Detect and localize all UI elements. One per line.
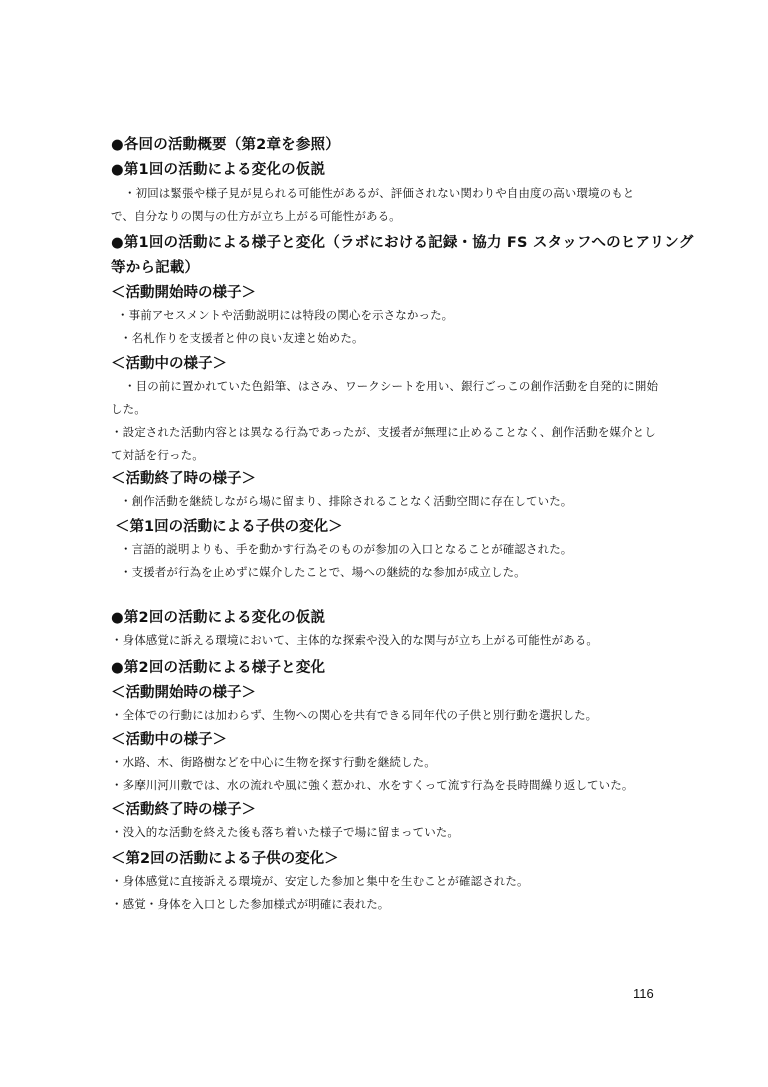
body-text-line: ・水路、木、街路樹などを中心に生物を探す行動を継続した。 xyxy=(111,754,436,770)
subsection-heading: ＜第1回の活動による子供の変化＞ xyxy=(115,515,343,536)
body-text-line: で、自分なりの関与の仕方が立ち上がる可能性がある。 xyxy=(111,208,401,224)
section-heading: ●第2回の活動による変化の仮説 xyxy=(111,606,325,627)
body-text-line: ・言語的説明よりも、手を動かす行為そのものが参加の入口となることが確認された。 xyxy=(120,541,572,557)
body-text-line: ・感覚・身体を入口とした参加様式が明確に表れた。 xyxy=(111,896,389,912)
subsection-heading: ＜活動中の様子＞ xyxy=(111,728,227,749)
body-text-line: した。 xyxy=(111,401,146,417)
body-text-line: ・設定された活動内容とは異なる行為であったが、支援者が無理に止めることなく、創作… xyxy=(111,424,656,440)
section-heading: ●第1回の活動による様子と変化（ラボにおける記録・協力 FS スタッフへのヒアリ… xyxy=(111,231,693,252)
body-text-line: ・支援者が行為を止めずに媒介したことで、場への継続的な参加が成立した。 xyxy=(120,564,526,580)
body-text-line: ・身体感覚に直接訴える環境が、安定した参加と集中を生むことが確認された。 xyxy=(111,873,529,889)
body-text-line: ・多摩川河川敷では、水の流れや風に強く惹かれ、水をすくって流す行為を長時間繰り返… xyxy=(111,777,633,793)
body-text-line: ・全体での行動には加わらず、生物への関心を共有できる同年代の子供と別行動を選択し… xyxy=(111,707,597,723)
body-text-line: ・没入的な活動を終えた後も落ち着いた様子で場に留まっていた。 xyxy=(111,824,459,840)
subsection-heading: ＜第2回の活動による子供の変化＞ xyxy=(111,847,339,868)
subsection-heading: ＜活動終了時の様子＞ xyxy=(111,467,256,488)
body-text-line: ・創作活動を継続しながら場に留まり、排除されることなく活動空間に存在していた。 xyxy=(120,493,572,509)
section-heading: ●第1回の活動による変化の仮説 xyxy=(111,158,325,179)
body-text-line: て対話を行った。 xyxy=(111,447,204,463)
body-text-line: ・初回は緊張や様子見が見られる可能性があるが、評価されない関わりや自由度の高い環… xyxy=(124,185,634,201)
page-number: 116 xyxy=(633,986,654,1001)
section-heading: 等から記載） xyxy=(111,256,199,277)
body-text-line: ・名札作りを支援者と仲の良い友達と始めた。 xyxy=(120,330,364,346)
body-text-line: ・身体感覚に訴える環境において、主体的な探索や没入的な関与が立ち上がる可能性があ… xyxy=(111,632,598,648)
subsection-heading: ＜活動開始時の様子＞ xyxy=(111,681,256,702)
body-text-line: ・事前アセスメントや活動説明には特段の関心を示さなかった。 xyxy=(117,307,453,323)
subsection-heading: ＜活動終了時の様子＞ xyxy=(111,798,256,819)
section-heading: ●各回の活動概要（第2章を参照） xyxy=(111,133,340,154)
section-heading: ●第2回の活動による様子と変化 xyxy=(111,656,325,677)
subsection-heading: ＜活動中の様子＞ xyxy=(111,352,227,373)
subsection-heading: ＜活動開始時の様子＞ xyxy=(111,281,256,302)
body-text-line: ・目の前に置かれていた色鉛筆、はさみ、ワークシートを用い、銀行ごっこの創作活動を… xyxy=(124,378,658,394)
